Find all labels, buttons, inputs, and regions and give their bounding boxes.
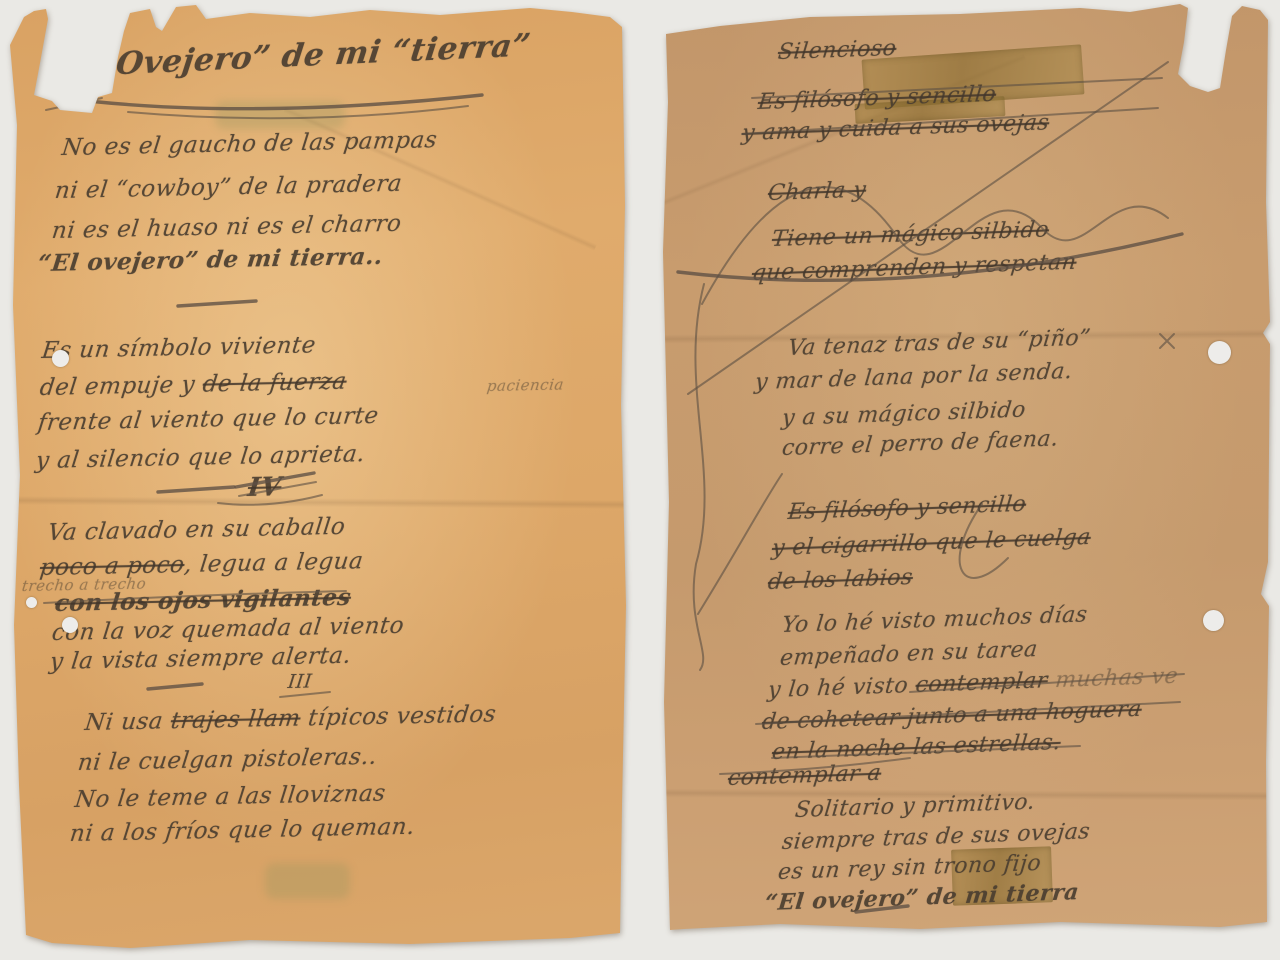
poem-line: ni el “cowboy” de la pradera [53,171,403,204]
poem-line: No le teme a las lloviznas [73,780,387,813]
crossed-out-line: Tiene un mágico silbido [771,217,1051,252]
crossed-out-line: y el cigarrillo que le cuelga [771,525,1092,561]
poem-line: Ni usa trajes llam típicos vestidos [83,701,497,736]
crossed-out-text: trajes llam [169,705,302,734]
poem-line: Es un símbolo viviente [40,332,317,364]
punch-hole [52,350,69,367]
poem-line: y al silencio que lo aprieta. [34,441,366,474]
poem-line: Va clavado en su caballo [46,514,346,546]
crossed-out-line: Charla y [767,178,868,207]
crossed-out-stanza-number: IV [246,472,283,503]
crossed-out-line: Silencioso [777,36,898,65]
poem-line: ni le cuelgan pistoleras.. [76,744,378,776]
stanza-number: III [287,670,314,693]
margin-correction: paciencia [486,375,565,395]
poem-line: empeñado en su tarea [779,637,1039,671]
punch-hole [62,617,78,633]
poem-line: corre el perro de faena. [781,426,1060,461]
poem-line: ni a los fríos que lo queman. [68,814,416,847]
crossed-out-text: contemplar [914,668,1049,698]
line-kept-text: típicos vestidos [299,701,498,731]
crossed-out-line: contemplar a [727,761,883,791]
crossed-out-line: y ama y cuida a sus ovejas [741,110,1051,146]
poem-line: Va tenaz tras de su “piño” [787,325,1093,361]
poem-line: ni es el huaso ni es el charro [50,211,403,244]
page-left-paper: “Ovejero” de mi “tierra” No es el gaucho… [10,5,628,950]
crossed-out-text: de la fuerza [201,369,348,398]
crossed-out-line: de los labios [767,565,915,595]
crossed-out-line: Es filósofo y sencillo [787,492,1028,525]
punch-hole [1208,341,1231,364]
line-kept-text: y lo hé visto [767,673,917,703]
punch-hole [26,597,37,608]
line-tail-text: muchas ve [1046,664,1179,694]
poem-line: del empuje y de la fuerza [38,369,348,401]
poem-line: frente al viento que lo curte [36,403,380,436]
poem-title: “Ovejero” de mi “tierra” [96,27,533,83]
line-kept-text: Ni usa [83,708,172,736]
poem-line: con la voz quemada al viento [50,613,405,646]
poem-line: y a su mágico silbido [781,397,1027,431]
tape-residue-stain [265,863,350,899]
tape-residue-stain [215,101,345,129]
crossed-out-line: que comprenden y respetan [751,250,1078,286]
poem-line: “El ovejero” de mi tierra [764,879,1081,916]
fold-crease [10,496,628,509]
punch-hole [1203,610,1224,631]
scan-background: { "document": { "description": "Two-page… [0,0,1280,960]
line-kept-text: del empuje y [38,372,204,401]
poem-line: Yo lo hé visto muchos días [781,602,1089,638]
crossed-out-line: en la noche las estrellas. [771,730,1062,765]
crossed-out-line: de cohetear junto a una hoguera [761,697,1143,735]
poem-line: “El ovejero” de mi tierra.. [36,243,384,277]
line-kept-text: , legua a legua [183,548,365,578]
crossed-out-line: con los ojos vigilantes [53,584,352,617]
page-right-paper: Silencioso Es filósofo y sencillo y ama … [660,2,1272,930]
poem-line: y mar de lana por la senda. [754,359,1074,395]
